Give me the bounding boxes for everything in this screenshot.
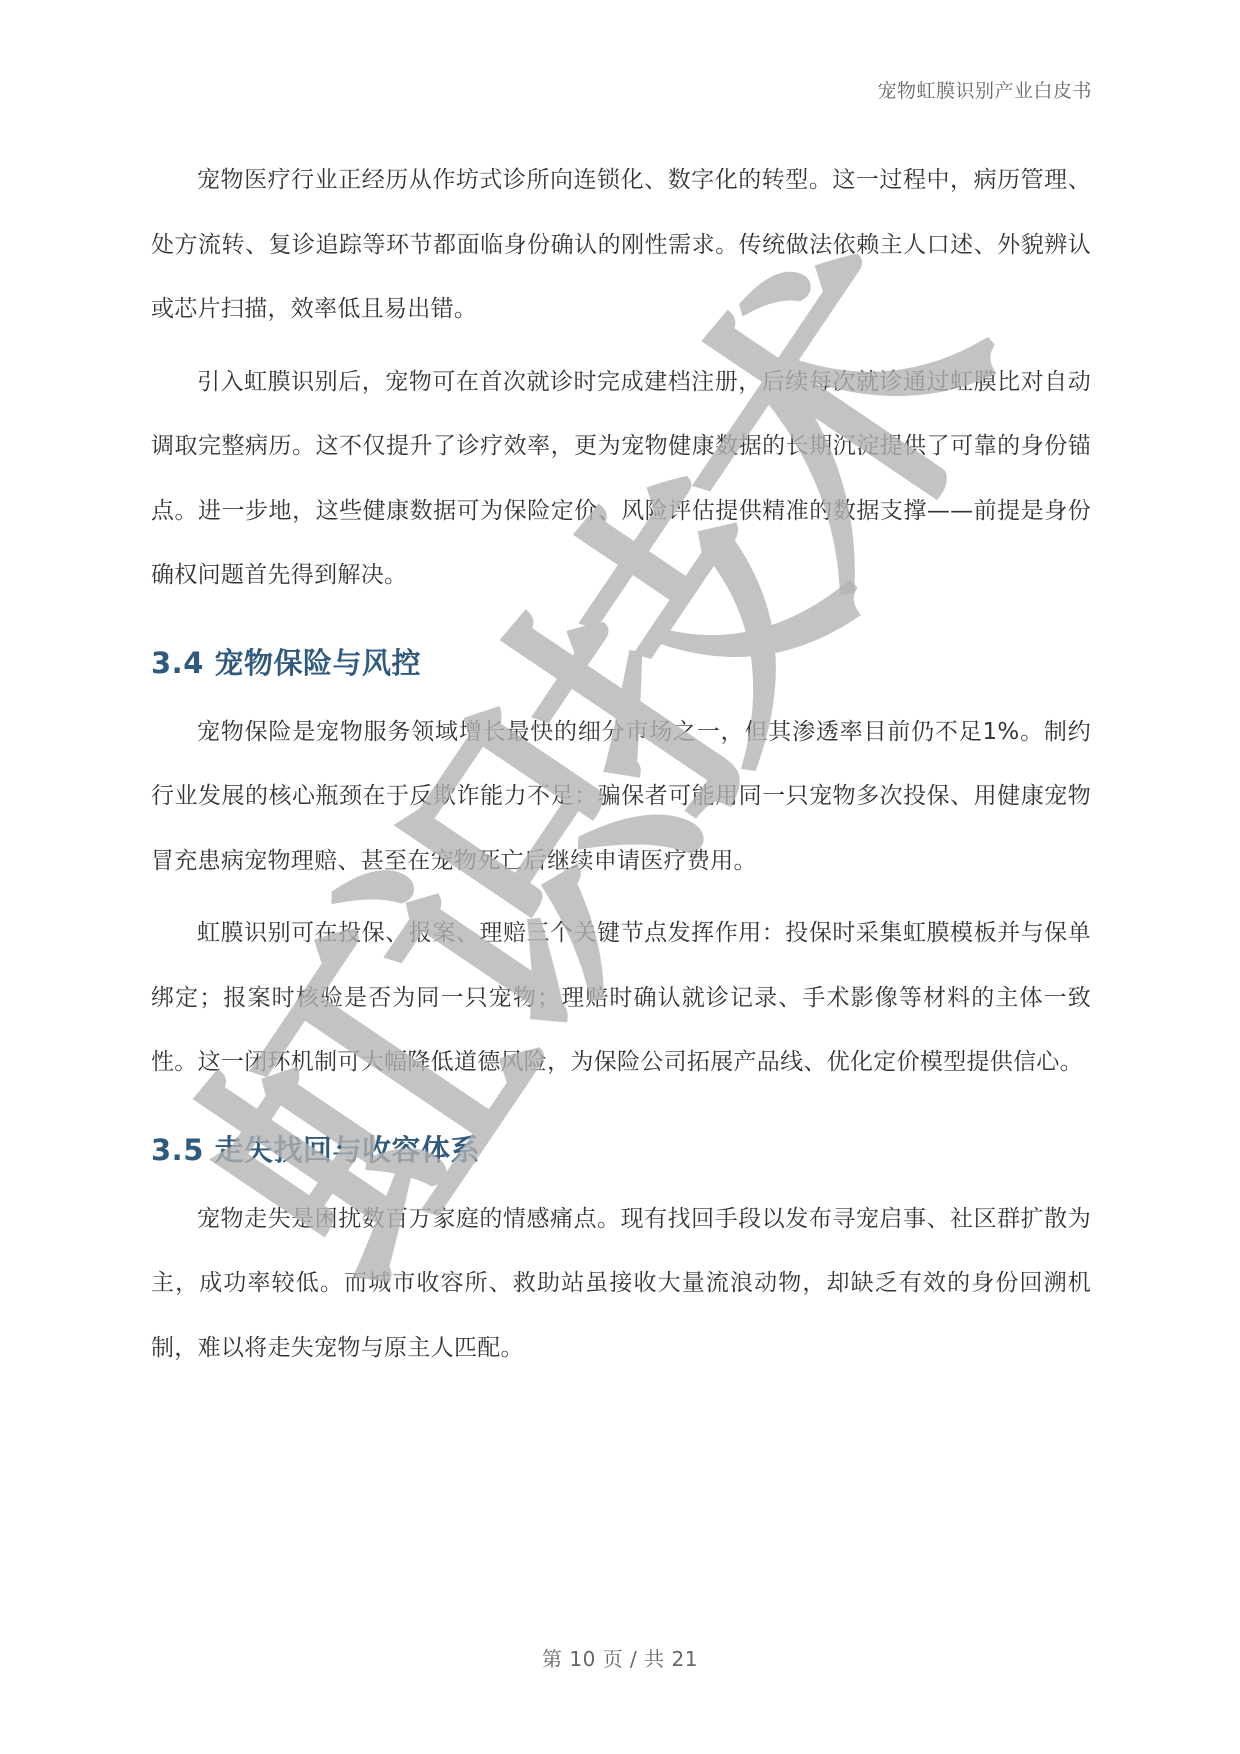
document-page: 宠物虹膜识别产业白皮书 宠物医疗行业正经历从作坊式诊所向连锁化、数字化的转型。这… xyxy=(0,0,1240,1754)
paragraph-medical-transition: 宠物医疗行业正经历从作坊式诊所向连锁化、数字化的转型。这一过程中，病历管理、处方… xyxy=(151,148,1091,342)
section-heading-3-4: 3.4 宠物保险与风控 xyxy=(151,642,1091,684)
running-header: 宠物虹膜识别产业白皮书 xyxy=(877,76,1092,103)
page-number-footer: 第 10 页 / 共 21 xyxy=(0,1643,1240,1672)
section-heading-3-5: 3.5 走失找回与收容体系 xyxy=(151,1129,1091,1171)
paragraph-iris-medical-records: 引入虹膜识别后，宠物可在首次就诊时完成建档注册，后续每次就诊通过虹膜比对自动调取… xyxy=(151,350,1091,608)
paragraph-iris-insurance-nodes: 虹膜识别可在投保、报案、理赔三个关键节点发挥作用：投保时采集虹膜模板并与保单绑定… xyxy=(151,901,1091,1095)
page-content: 宠物医疗行业正经历从作坊式诊所向连锁化、数字化的转型。这一过程中，病历管理、处方… xyxy=(151,148,1091,1388)
paragraph-lost-pets: 宠物走失是困扰数百万家庭的情感痛点。现有找回手段以发布寻宠启事、社区群扩散为主，… xyxy=(151,1187,1091,1381)
paragraph-pet-insurance: 宠物保险是宠物服务领域增长最快的细分市场之一，但其渗透率目前仍不足1%。制约行业… xyxy=(151,700,1091,894)
